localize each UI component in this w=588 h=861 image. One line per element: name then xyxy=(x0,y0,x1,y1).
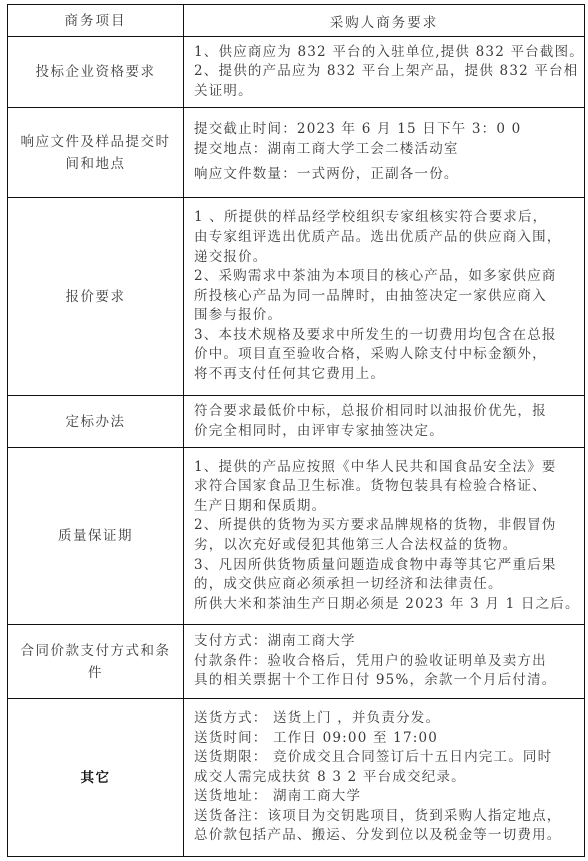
row-item-label: 合同价款支付方式和条件 xyxy=(8,625,184,699)
row-requirement-text: 支付方式：湖南工商大学 付款条件：验收合格后，凭用户的验收证明单及卖方出 具的相… xyxy=(184,625,585,699)
row-item-label: 投标企业资格要求 xyxy=(8,37,184,108)
row-requirement-text: 提交截止时间：2023 年 6 月 15 日下午 3：0 0 提交地点：湖南工商… xyxy=(184,108,585,198)
requirement-line: 送货方式： 送货上门 ，并负责分发。 xyxy=(194,709,576,729)
table-row: 其它 送货方式： 送货上门 ，并负责分发。 送货时间： 工作日 09:00 至 … xyxy=(8,699,585,857)
requirement-line: 1、提供的产品应按照《中华人民共和国食品安全法》要 xyxy=(194,458,576,478)
row-requirement-text: 1、供应商应为 832 平台的入驻单位,提供 832 平台截图。 2、提供的产品… xyxy=(184,37,585,108)
row-item-label: 响应文件及样品提交时间和地点 xyxy=(8,108,184,198)
row-requirement-text: 1 、所提供的样品经学校组织专家组核实符合要求后， 由专家组评选出优质产品。选出… xyxy=(184,198,585,396)
row-requirement-text: 符合要求最低价中标，总报价相同时以油报价优先，报 价完全相同时，由评审专家抽签决… xyxy=(184,396,585,448)
header-purchaser-requirements: 采购人商务要求 xyxy=(184,5,585,37)
row-item-label: 定标办法 xyxy=(8,396,184,448)
requirement-line: 求符合国家食品卫生标准。货物包装具有检验合格证、 xyxy=(194,477,576,497)
table-row: 质量保证期 1、提供的产品应按照《中华人民共和国食品安全法》要 求符合国家食品卫… xyxy=(8,448,585,625)
requirement-line: 递交报价。 xyxy=(194,248,576,268)
requirement-line: 所供大米和茶油生产日期必须是 2023 年 3 月 1 日之后。 xyxy=(194,595,576,615)
requirement-line: 送货期限： 竞价成交且合同签订后十五日内完工。同时 xyxy=(194,748,576,768)
requirement-line: 关证明。 xyxy=(194,82,576,102)
table-row: 响应文件及样品提交时间和地点 提交截止时间：2023 年 6 月 15 日下午 … xyxy=(8,108,585,198)
requirement-line: 2、所提供的货物为买方要求品牌规格的货物，非假冒伪 xyxy=(194,516,576,536)
row-item-label: 报价要求 xyxy=(8,198,184,396)
requirement-line: 送货时间： 工作日 09:00 至 17:00 xyxy=(194,729,576,749)
row-requirement-text: 1、提供的产品应按照《中华人民共和国食品安全法》要 求符合国家食品卫生标准。货物… xyxy=(184,448,585,625)
requirement-line: 劣，以次充好或侵犯其他第三人合法权益的货物。 xyxy=(194,536,576,556)
requirement-line: 提交截止时间：2023 年 6 月 15 日下午 3：0 0 xyxy=(194,120,576,140)
requirement-line: 响应文件数量：一式两份，正副各一份。 xyxy=(194,165,576,185)
requirement-line: 支付方式：湖南工商大学 xyxy=(194,632,576,652)
requirement-line: 送货备注：该项目为交钥匙项目，货到采购人指定地点， xyxy=(194,807,576,827)
requirement-line: 具的相关票据十个工作日付 95%，余款一个月后付清。 xyxy=(194,671,576,691)
requirement-line: 送货地址： 湖南工商大学 xyxy=(194,787,576,807)
table-header-row: 商务项目 采购人商务要求 xyxy=(8,5,585,37)
requirement-line: 围参与报价。 xyxy=(194,306,576,326)
requirement-line: 由专家组评选出优质产品。选出优质产品的供应商入围， xyxy=(194,228,576,248)
requirement-line: 3、本技术规格及要求中所发生的一切费用均包含在总报 xyxy=(194,326,576,346)
requirement-line: 生产日期和保质期。 xyxy=(194,497,576,517)
requirement-line: 2、提供的产品应为 832 平台上架产品，提供 832 平台相 xyxy=(194,62,576,82)
requirement-line: 3、凡因所供货物质量问题造成食物中毒等其它严重后果 xyxy=(194,556,576,576)
requirement-line: 付款条件：验收合格后，凭用户的验收证明单及卖方出 xyxy=(194,652,576,672)
requirement-line: 价中。项目直至验收合格，采购人除支付中标金额外， xyxy=(194,345,576,365)
row-requirement-text: 送货方式： 送货上门 ，并负责分发。 送货时间： 工作日 09:00 至 17:… xyxy=(184,699,585,857)
table-row: 投标企业资格要求 1、供应商应为 832 平台的入驻单位,提供 832 平台截图… xyxy=(8,37,585,108)
table-row: 报价要求 1 、所提供的样品经学校组织专家组核实符合要求后， 由专家组评选出优质… xyxy=(8,198,585,396)
business-requirements-table: 商务项目 采购人商务要求 投标企业资格要求 1、供应商应为 832 平台的入驻单… xyxy=(7,4,585,857)
header-business-item: 商务项目 xyxy=(8,5,184,37)
requirement-line: 1 、所提供的样品经学校组织专家组核实符合要求后， xyxy=(194,208,576,228)
requirement-line: 的，成交供应商必须承担一切经济和法律责任。 xyxy=(194,575,576,595)
requirement-line: 提交地点：湖南工商大学工会二楼活动室 xyxy=(194,140,576,160)
requirement-line: 成交人需完成扶贫 8 3 2 平台成交纪录。 xyxy=(194,768,576,788)
requirement-line: 2、采购需求中茶油为本项目的核心产品，如多家供应商 xyxy=(194,267,576,287)
requirement-line: 1、供应商应为 832 平台的入驻单位,提供 832 平台截图。 xyxy=(194,43,576,63)
requirement-line: 所投核心产品为同一品牌时，由抽签决定一家供应商入 xyxy=(194,287,576,307)
table-row: 合同价款支付方式和条件 支付方式：湖南工商大学 付款条件：验收合格后，凭用户的验… xyxy=(8,625,585,699)
requirement-line: 将不再支付任何其它费用上。 xyxy=(194,365,576,385)
requirement-line: 总价款包括产品、搬运、分发到位以及税金等一切费用。 xyxy=(194,826,576,846)
row-item-label: 其它 xyxy=(8,699,184,857)
table-row: 定标办法 符合要求最低价中标，总报价相同时以油报价优先，报 价完全相同时，由评审… xyxy=(8,396,585,448)
requirement-line: 符合要求最低价中标，总报价相同时以油报价优先，报 xyxy=(194,402,576,422)
requirement-line: 价完全相同时，由评审专家抽签决定。 xyxy=(194,422,576,442)
row-item-label: 质量保证期 xyxy=(8,448,184,625)
